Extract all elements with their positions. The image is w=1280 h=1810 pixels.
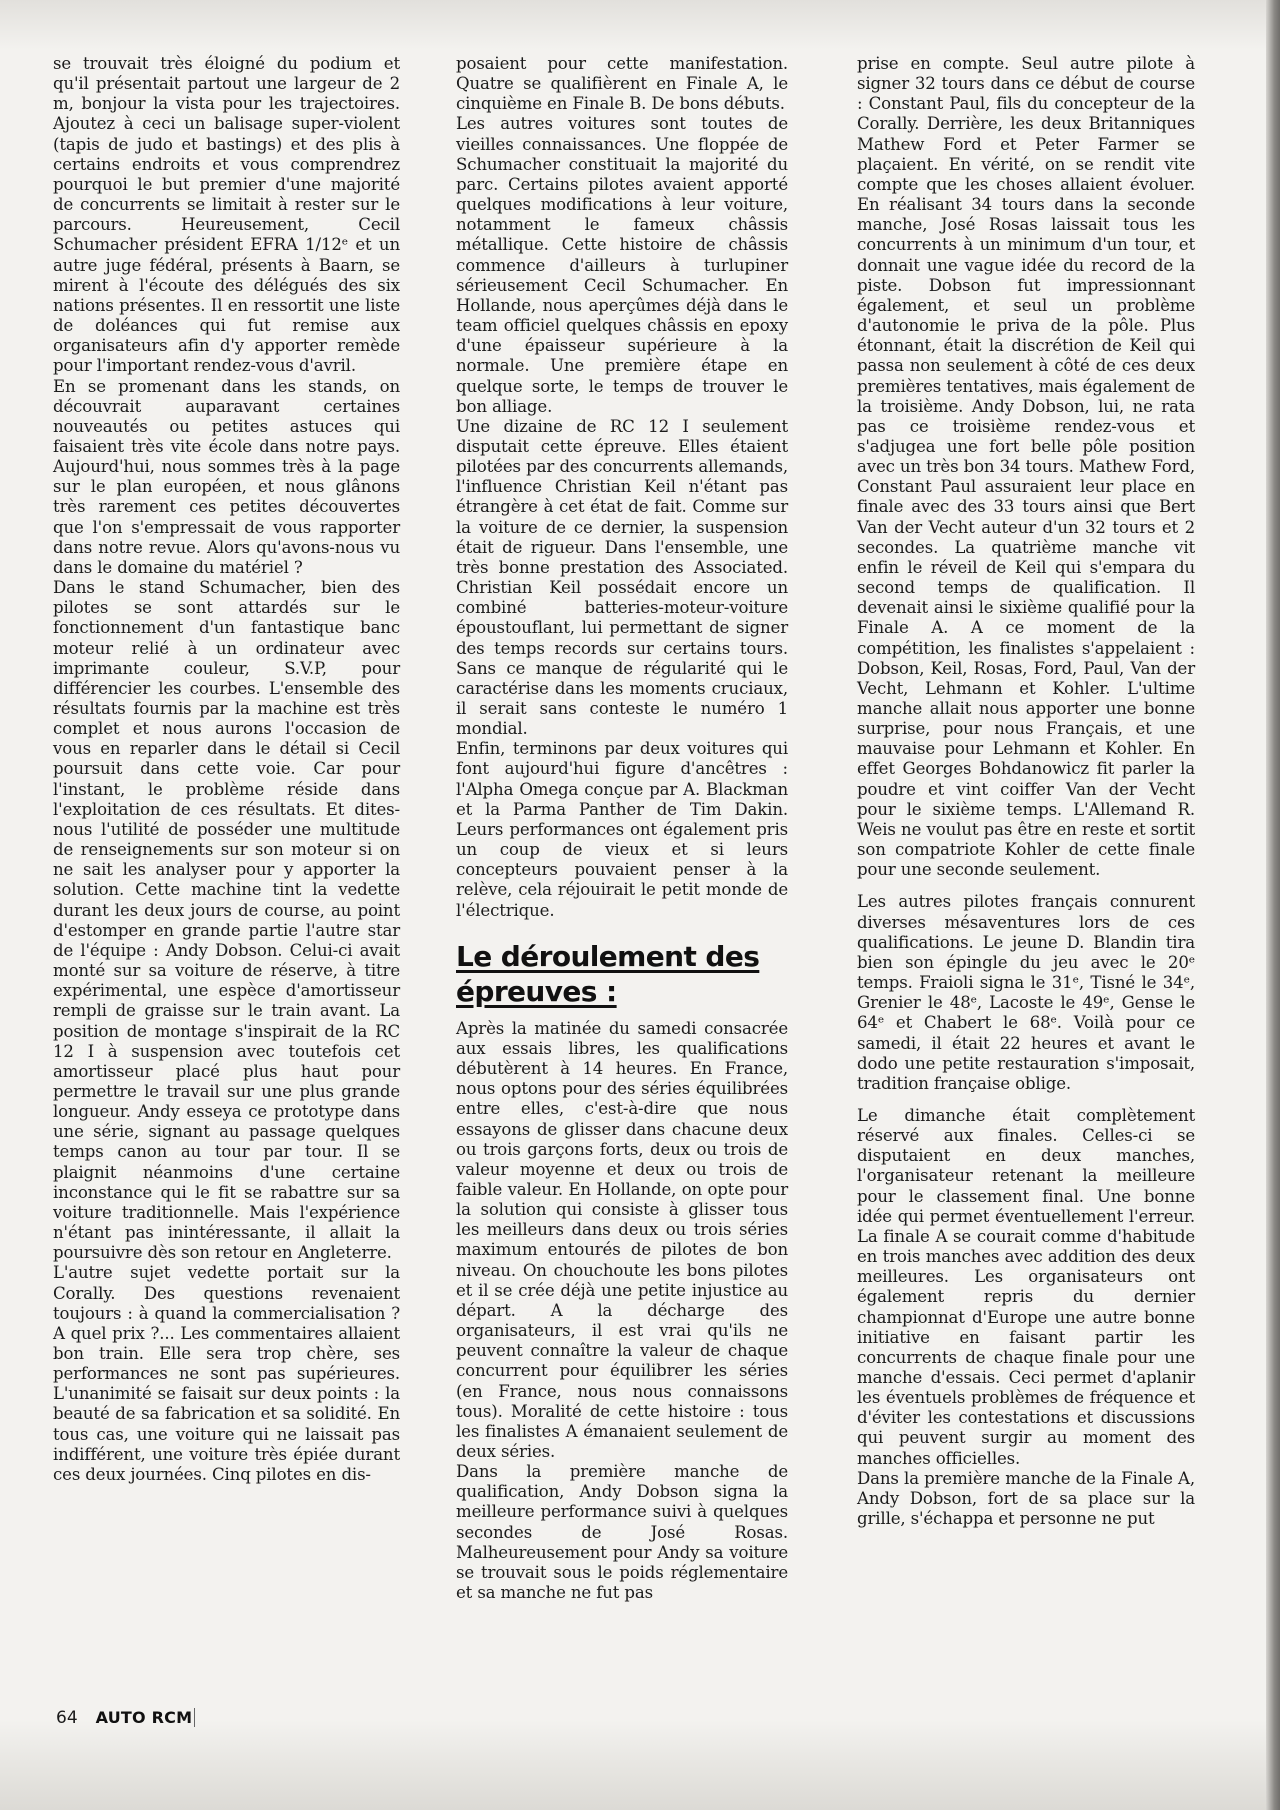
- page-top-shadow: [0, 0, 1280, 50]
- paragraph: Dans le stand Schumacher, bien des pilot…: [53, 578, 400, 1263]
- paragraph: Les autres voitures sont toutes de vieil…: [456, 114, 788, 416]
- paragraph: prise en compte. Seul autre pilote à sig…: [857, 54, 1195, 880]
- page-binding-edge: [1266, 0, 1280, 1810]
- paragraph: Après la matinée du samedi consacrée aux…: [456, 1019, 788, 1462]
- paragraph: Le dimanche était complètement réservé a…: [857, 1106, 1195, 1469]
- paragraph: Enfin, terminons par deux voitures qui f…: [456, 739, 788, 920]
- article-column-3: prise en compte. Seul autre pilote à sig…: [857, 54, 1195, 1529]
- paragraph: Une dizaine de RC 12 I seulement disputa…: [456, 417, 788, 740]
- page-bottom-shadow: [0, 1720, 1280, 1810]
- paragraph: Dans la première manche de la Finale A, …: [857, 1469, 1195, 1529]
- paragraph: Les autres pilotes français connurent di…: [857, 892, 1195, 1094]
- paragraph: posaient pour cette manifestation. Quatr…: [456, 54, 788, 114]
- page-number: 64: [56, 1708, 78, 1728]
- section-heading: Le déroulement des épreuves :: [456, 939, 788, 1009]
- magazine-logo: AUTO RCM: [96, 1708, 196, 1727]
- page-footer: 64 AUTO RCM: [56, 1708, 195, 1728]
- paragraph: se trouvait très éloigné du podium et qu…: [53, 54, 400, 377]
- paragraph: Dans la première manche de qualification…: [456, 1462, 788, 1603]
- paragraph: En se promenant dans les stands, on déco…: [53, 377, 400, 579]
- paragraph: L'autre sujet vedette portait sur la Cor…: [53, 1263, 400, 1485]
- article-column-2: posaient pour cette manifestation. Quatr…: [456, 54, 788, 1603]
- article-column-1: se trouvait très éloigné du podium et qu…: [53, 54, 400, 1485]
